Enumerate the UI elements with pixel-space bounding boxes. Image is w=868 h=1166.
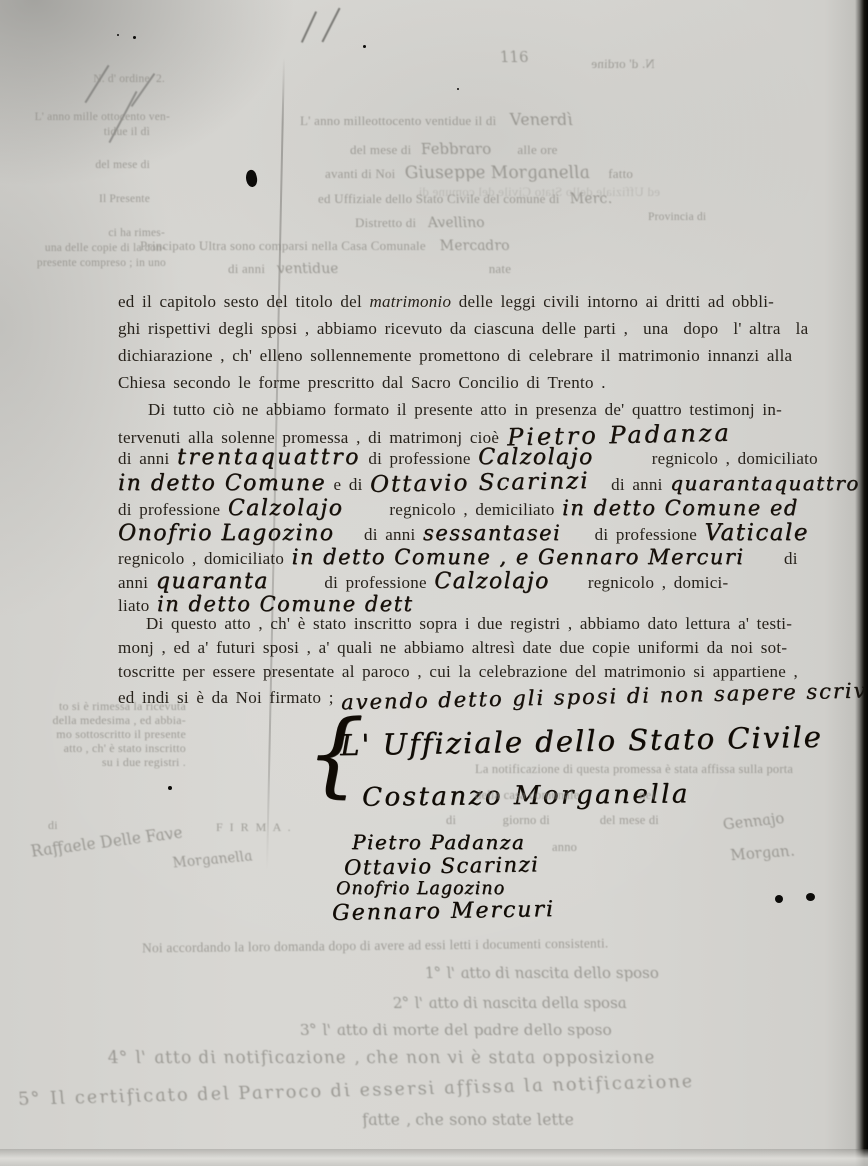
handwritten-domicile: in detto Comune (118, 471, 326, 496)
body-text: ed il capitolo sesto del titolo del (118, 292, 369, 312)
ink-dot (775, 895, 783, 903)
margin-note-firma: F I R M A . (216, 820, 293, 835)
body-text: di professione (361, 449, 478, 469)
body-text: di (777, 549, 798, 569)
margin-note: della medesima , ed abbia- (36, 713, 186, 728)
bleedthrough-handwriting: Giuseppe Morganella (403, 163, 593, 183)
margin-note: ci ha rimes- (20, 227, 165, 239)
margin-note: di (48, 818, 58, 833)
bleedthrough-form-line: di anniventiduenate (228, 261, 511, 277)
body-text: regnicolo , demiciliato (389, 500, 562, 520)
body-text-italic: matrimonio (369, 292, 451, 312)
bleedthrough-document-list-item: 1° l' atto di nascita dello sposo (423, 964, 661, 982)
bleedthrough-notification: La notificazione di questa promessa è st… (475, 762, 793, 777)
margin-note: presente compreso ; in uno (14, 257, 166, 269)
handwritten-age: trentaquattro (177, 445, 361, 470)
pen-stroke (301, 11, 317, 43)
bleedthrough-document-list-item: fatte , che sono state lette (360, 1110, 577, 1129)
form-print: del mese di (350, 142, 411, 158)
margin-note: to si è rimessa la ricevuta (36, 699, 186, 714)
body-line: toscritte per essere presentate al paroc… (118, 662, 798, 682)
signature-official-title: L' Uffiziale dello Stato Civile (340, 720, 823, 762)
ink-speck (117, 34, 119, 36)
bleedthrough-mirrored-ghost: ed Uffiziale dello Stato Civile del comu… (330, 184, 660, 200)
body-line: Onofrio Lagozino di anni sessantasei di … (118, 520, 809, 546)
bleedthrough-form-line: del mese diFebbraroalle ore (350, 140, 558, 158)
body-text: di professione (587, 525, 704, 545)
handwritten-witness-name: Ottavio Scarinzi (370, 468, 590, 498)
body-text: regnicolo , domici- (588, 573, 729, 593)
ink-blot (244, 169, 259, 188)
bleedthrough-handwriting: Avellino (426, 215, 487, 231)
handwritten-profession: Calzolajo (478, 445, 594, 470)
form-print: di anni (228, 261, 265, 277)
margin-note: su i due registri . (36, 755, 186, 770)
page-bottom-edge (0, 1149, 868, 1166)
bleedthrough-order-number: 116 (498, 48, 531, 66)
bleedthrough-form-line: Distretto diAvellino (355, 215, 485, 231)
signature-witness: Gennaro Mercuri (332, 897, 555, 926)
bleedthrough-document-list-item: 3° l' atto di morte del padre dello spos… (298, 1021, 614, 1039)
signature-witness: Ottavio Scarinzi (344, 852, 540, 879)
bleedthrough-notification: della casa comunale nel (475, 788, 655, 803)
form-print: alle ore (517, 142, 557, 158)
body-text: e di (326, 475, 370, 495)
form-print: avanti di Noi (325, 166, 395, 182)
handwritten-domicile: in detto Comune dett (157, 592, 414, 616)
margin-note: del mese di (20, 159, 150, 171)
form-print: fatto (608, 166, 633, 182)
bleedthrough-notification: di giorno di del mese di (446, 813, 659, 828)
body-text: di anni (118, 449, 177, 469)
handwritten-witness-name: Onofrio Lagozino (118, 521, 334, 546)
bleedthrough-form-line: Principato Ultra sono comparsi nella Cas… (140, 238, 509, 254)
bleedthrough-handwriting: Gennajo (720, 809, 787, 833)
bleedthrough-form-line: avanti di NoiGiuseppe Morganellafatto (325, 163, 633, 183)
form-print: nate (489, 261, 511, 277)
margin-note: tidue il dì (20, 126, 150, 138)
bleedthrough-bottom-print: Noi accordando la loro domanda dopo di a… (142, 936, 609, 957)
form-print: Distretto di (355, 215, 416, 231)
body-line: di professione Calzolajoregnicolo , demi… (118, 496, 799, 521)
bleedthrough-handwriting: Morgan. (728, 842, 797, 864)
handwritten-profession: Calzolajo (228, 496, 344, 521)
ink-speck (168, 786, 172, 790)
margin-note: una delle copie di la con- (14, 242, 166, 254)
body-text: regnicolo , domiciliato (118, 549, 292, 569)
body-line: di anni trentaquattro di professione Cal… (118, 445, 818, 470)
body-line: Di tutto ciò ne abbiamo formato il prese… (148, 400, 782, 420)
margin-note: L' anno mille ottocento ven- (20, 111, 170, 123)
body-text: liato (118, 596, 157, 616)
pen-stroke (321, 8, 340, 43)
handwritten-witness-name: in detto Comune , e Gennaro Mercuri (292, 545, 745, 569)
bleedthrough-handwriting: Venerdì (508, 110, 575, 129)
body-text: di anni (604, 475, 671, 495)
signature-witness: Onofrio Lagozino (336, 879, 505, 899)
body-line: ed il capitolo sesto del titolo del matr… (118, 292, 774, 312)
body-line: liato in detto Comune dett (118, 592, 413, 616)
bleedthrough-document-list-item: 4° l' atto di notificazione , che non vi… (106, 1048, 659, 1068)
bleedthrough-handwriting: Febbraro (419, 140, 493, 158)
body-text: regnicolo , domiciliato (652, 449, 818, 469)
bleedthrough-form-line: L' anno milleottocento ventidue il dìVen… (300, 110, 573, 129)
body-text: di anni (356, 525, 423, 545)
body-line: Chiesa secondo le forme prescritto dal S… (118, 373, 606, 393)
body-line: Di questo atto , ch' è stato inscritto s… (146, 614, 792, 634)
bleedthrough-script: Morganella (170, 848, 255, 871)
page-right-edge (855, 0, 868, 1166)
margin-note: N. d' ordine 2. (20, 73, 165, 85)
handwritten-note-illiterate: avendo detto gli sposi di non sapere scr… (341, 678, 868, 715)
handwritten-age: sessantasei (423, 521, 561, 545)
bleedthrough-handwriting: Mercadro (438, 238, 512, 254)
body-line: monj , ed a' futuri sposi , a' quali ne … (118, 638, 787, 658)
form-print: L' anno milleottocento ventidue il dì (300, 113, 496, 129)
bleedthrough-document-list-item: 2° l' atto di nascita della sposa (391, 994, 629, 1012)
body-line: ghi rispettivi degli sposi , abbiamo ric… (118, 319, 808, 339)
margin-note: atto , ch' è stato inscritto (36, 741, 186, 756)
handwritten-age: quaranta (156, 569, 269, 594)
form-print: Provincia di (648, 211, 706, 223)
bleedthrough-document-list-item: 5° Il certificato del Parroco di essersi… (15, 1071, 697, 1110)
body-text: delle leggi civili intorno ai dritti ad … (451, 292, 774, 312)
bleedthrough-handwriting: ventidue (275, 261, 341, 277)
body-text: di professione (118, 500, 228, 520)
ink-dot (806, 893, 815, 901)
margin-note: mo sottoscritto il presente (36, 727, 186, 742)
bleedthrough-order-label: N. d' ordine (548, 56, 698, 72)
body-line: ed indi si è da Noi firmato ; avendo det… (118, 684, 868, 708)
handwritten-domicile: in detto Comune ed (562, 496, 799, 520)
scanned-marriage-record-page: N. d' ordine 116 L' anno milleottocento … (0, 0, 868, 1166)
handwritten-age: quarantaquattro (670, 471, 860, 495)
ink-speck (133, 36, 136, 39)
body-line: dichiarazione , ch' elleno sollennemente… (118, 346, 792, 366)
body-line: anni quaranta di professione Calzolajore… (118, 569, 728, 594)
ink-speck (457, 88, 459, 90)
handwritten-profession: Vaticale (705, 520, 809, 546)
handwritten-profession: Calzolajo (434, 569, 550, 594)
bleedthrough-notification: anno (552, 840, 577, 855)
body-line: in detto Comune e di Ottavio Scarinzi di… (118, 470, 860, 496)
margin-note: Il Presente (20, 193, 150, 205)
body-text: di professione (317, 573, 434, 593)
signature-witness: Pietro Padanza (352, 830, 525, 854)
body-text: anni (118, 573, 156, 593)
form-print: Principato Ultra sono comparsi nella Cas… (140, 238, 426, 254)
ink-speck (363, 45, 366, 48)
body-line: regnicolo , domiciliato in detto Comune … (118, 545, 798, 569)
